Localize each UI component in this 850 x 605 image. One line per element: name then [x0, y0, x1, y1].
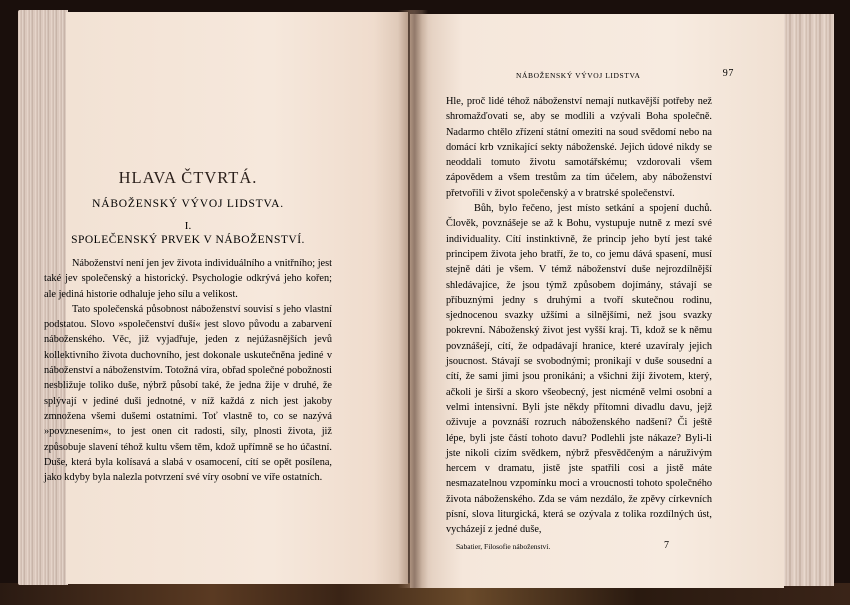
left-page-content: HLAVA ČTVRTÁ. NÁBOŽENSKÝ VÝVOJ LIDSTVA. … — [44, 150, 332, 485]
section-number: I. — [44, 220, 332, 232]
chapter-title: HLAVA ČTVRTÁ. — [44, 168, 332, 188]
footer-note: Sabatier, Filosofie náboženství. — [456, 542, 550, 551]
page-footer: Sabatier, Filosofie náboženství. 7 — [446, 540, 712, 554]
paragraph: Tato společenská působnost náboženství s… — [44, 302, 332, 486]
signature-mark: 7 — [664, 540, 669, 551]
paragraph: Náboženství není jen jev života individu… — [44, 256, 332, 302]
right-page-edges — [782, 14, 834, 586]
right-body-text: Hle, proč lidé téhož náboženství nemají … — [446, 94, 712, 538]
running-head-title: NÁBOŽENSKÝ VÝVOJ LIDSTVA — [516, 71, 641, 80]
right-page-content: NÁBOŽENSKÝ VÝVOJ LIDSTVA 97 Hle, proč li… — [446, 68, 712, 554]
paragraph: Bůh, bylo řečeno, jest místo setkání a s… — [446, 201, 712, 538]
page-number: 97 — [723, 68, 734, 79]
book-heading: NÁBOŽENSKÝ VÝVOJ LIDSTVA. — [44, 198, 332, 210]
paragraph: Hle, proč lidé téhož náboženství nemají … — [446, 94, 712, 201]
left-body-text: Náboženství není jen jev života individu… — [44, 256, 332, 485]
book-gutter — [398, 10, 428, 588]
running-head: NÁBOŽENSKÝ VÝVOJ LIDSTVA 97 — [446, 68, 712, 82]
section-title: SPOLEČENSKÝ PRVEK V NÁBOŽENSTVÍ. — [44, 234, 332, 246]
